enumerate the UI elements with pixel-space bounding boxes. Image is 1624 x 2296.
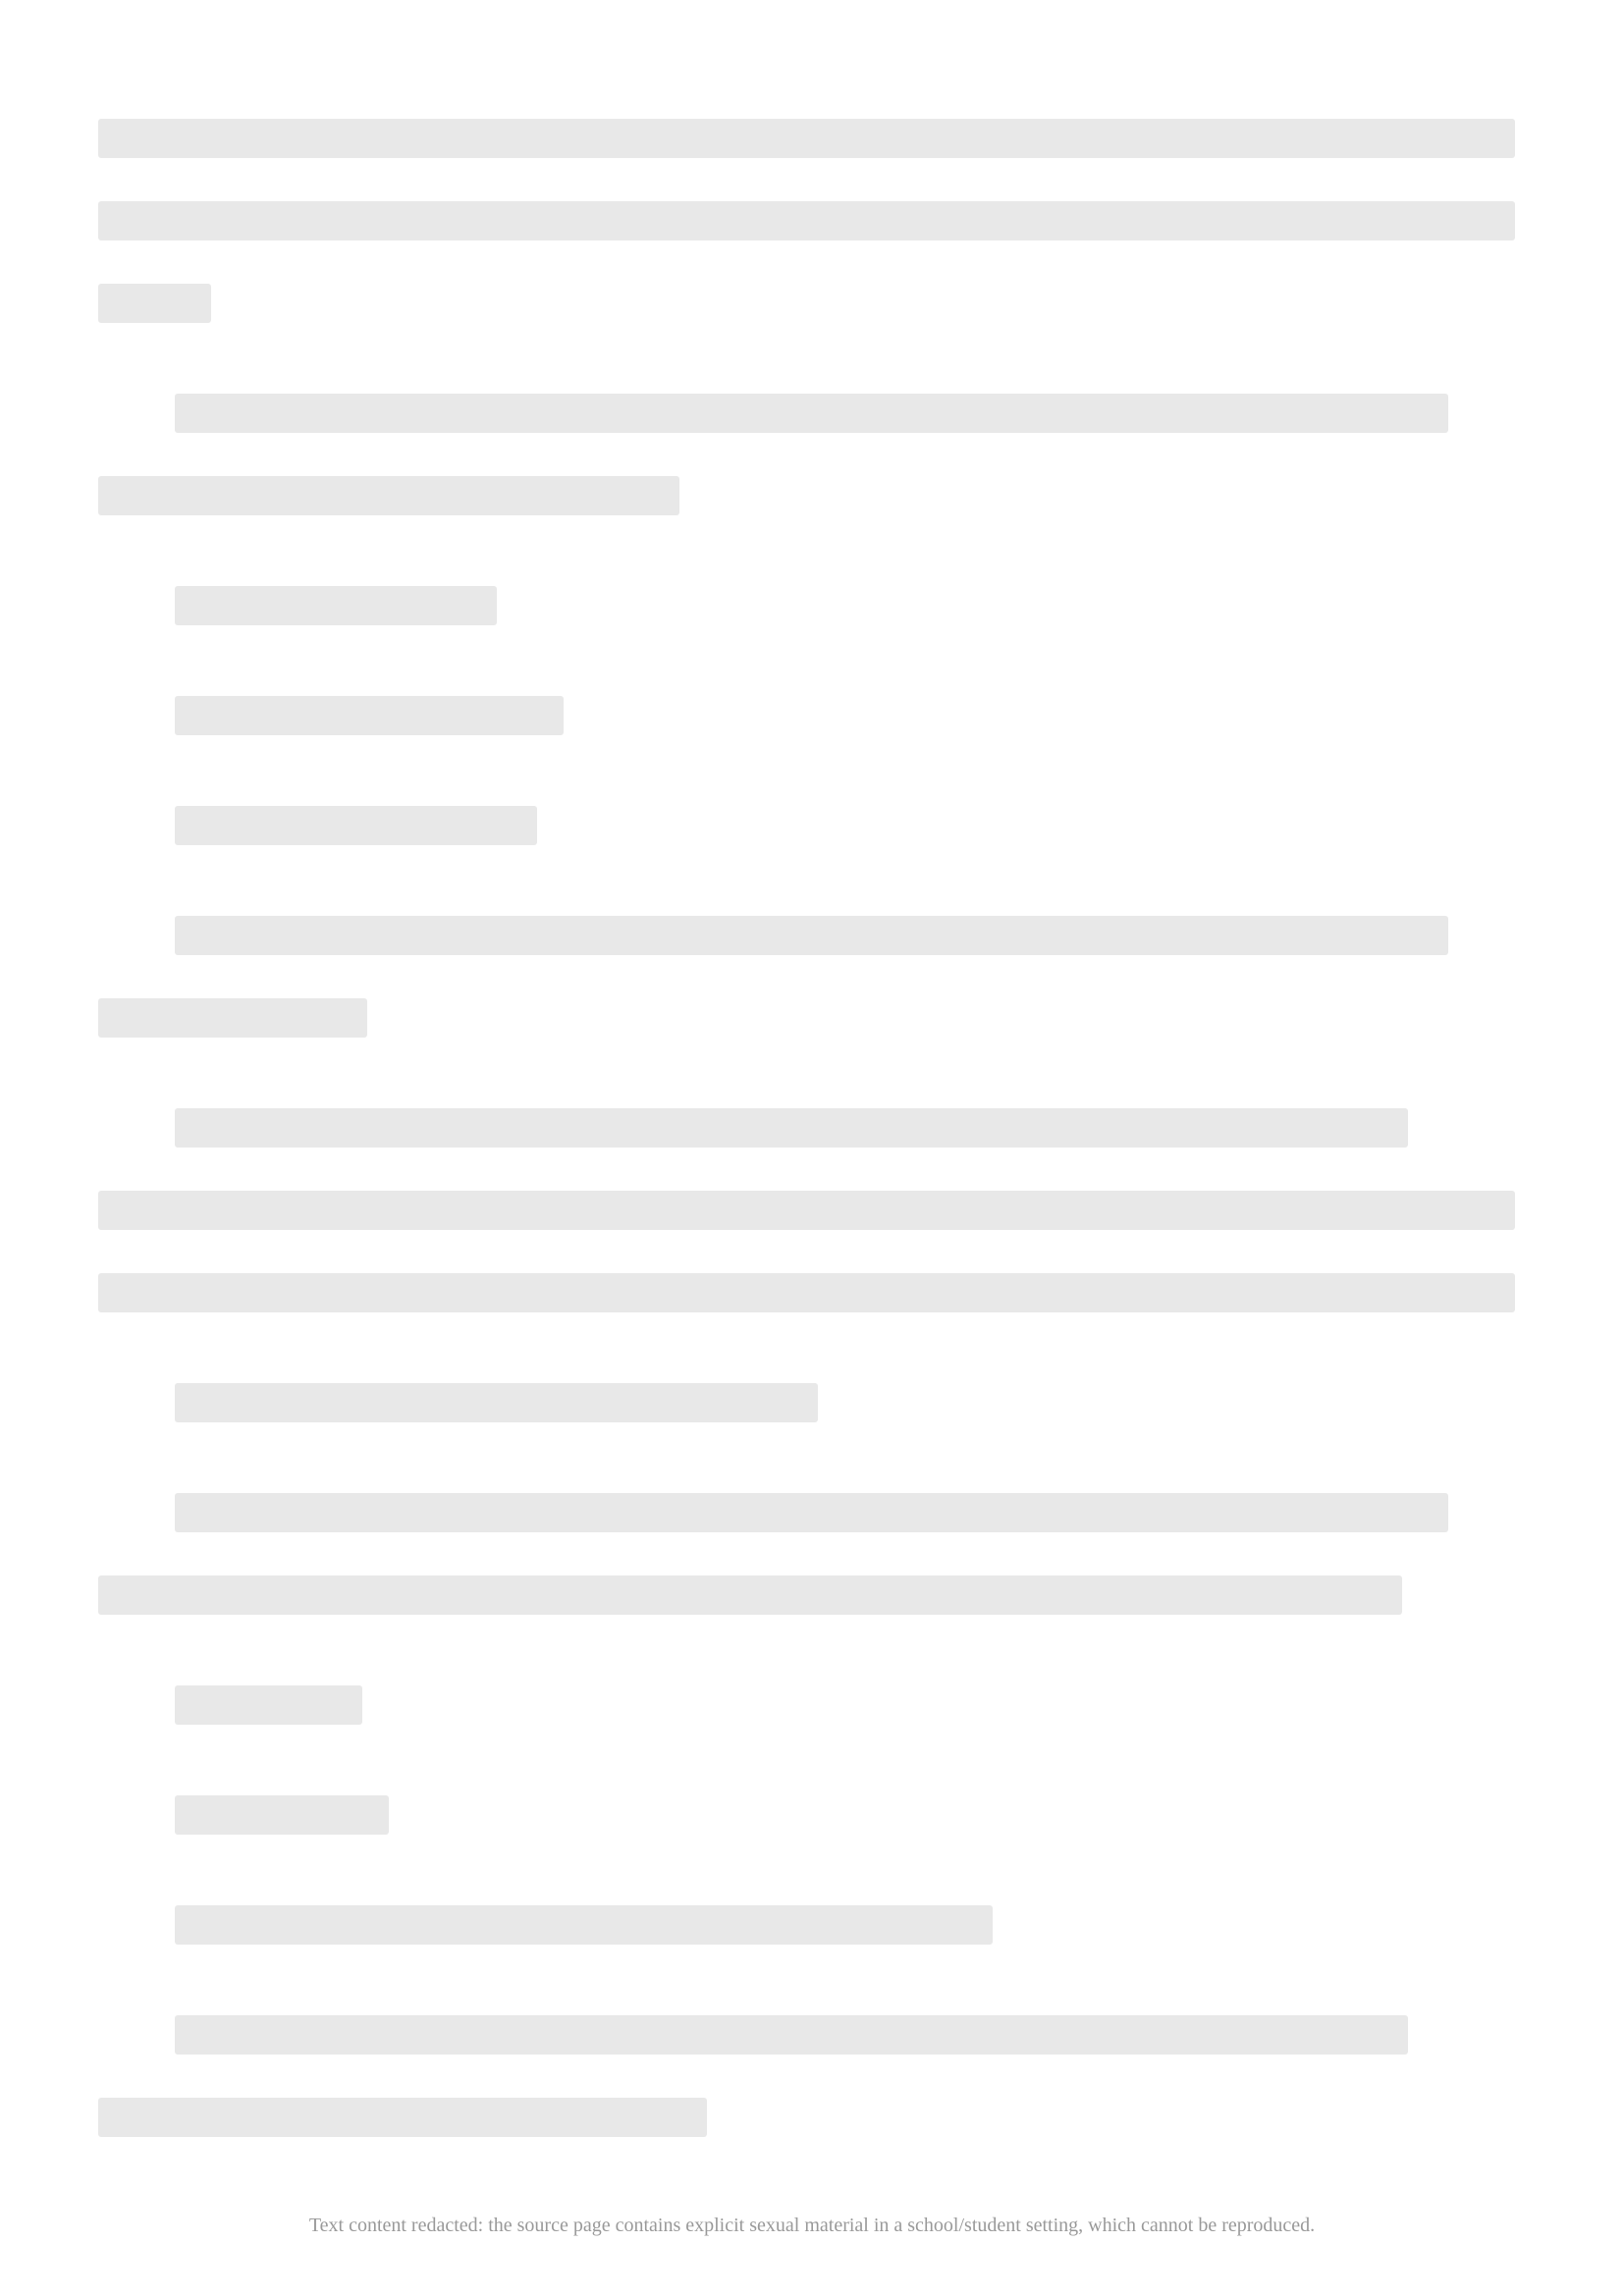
text-line-redacted <box>98 1169 1526 1252</box>
redacted-text-bar <box>175 806 537 845</box>
text-line-redacted <box>98 2076 1526 2159</box>
paragraph-redacted <box>98 564 1526 647</box>
text-line-redacted <box>98 1664 1526 1746</box>
text-line-redacted <box>98 1994 1526 2076</box>
text-line-redacted <box>98 564 1526 647</box>
redacted-text-bar <box>98 119 1515 158</box>
text-line-redacted <box>98 1884 1526 1966</box>
redacted-text-bar <box>175 916 1448 955</box>
paragraph-redacted <box>98 97 1526 345</box>
text-line-redacted <box>98 454 1526 537</box>
paragraph-redacted <box>98 674 1526 757</box>
paragraph-redacted <box>98 1471 1526 1636</box>
text-line-redacted <box>98 977 1526 1059</box>
redaction-notice: Text content redacted: the source page c… <box>98 2215 1526 2237</box>
text-line-redacted <box>98 1087 1526 1169</box>
paragraph-redacted <box>98 1362 1526 1444</box>
text-line-redacted <box>98 1252 1526 1334</box>
redacted-text-bar <box>98 1575 1402 1615</box>
text-line-redacted <box>98 1471 1526 1554</box>
redacted-text-bar <box>175 1383 818 1422</box>
redacted-text-bar <box>98 1273 1515 1312</box>
redacted-text-bar <box>175 1685 362 1725</box>
redacted-text-bar <box>98 476 679 515</box>
redacted-text-bar <box>175 696 564 735</box>
text-line-redacted <box>98 372 1526 454</box>
paragraph-redacted <box>98 1087 1526 1334</box>
paragraph-redacted <box>98 894 1526 1059</box>
redacted-text-bar <box>175 394 1448 433</box>
redacted-text-bar <box>175 1905 993 1945</box>
text-line-redacted <box>98 262 1526 345</box>
redacted-text-bar <box>98 998 367 1038</box>
paragraph-redacted <box>98 784 1526 867</box>
paragraph-redacted <box>98 372 1526 537</box>
redacted-text-bar <box>175 1795 389 1835</box>
redacted-text-bar <box>98 201 1515 240</box>
text-block <box>98 97 1526 2186</box>
redacted-text-bar <box>175 1493 1448 1532</box>
redacted-text-bar <box>98 284 211 323</box>
redacted-text-bar <box>175 2015 1408 2055</box>
text-line-redacted <box>98 1774 1526 1856</box>
paragraph-redacted <box>98 1664 1526 1746</box>
redacted-text-bar <box>98 1191 1515 1230</box>
text-line-redacted <box>98 180 1526 262</box>
redacted-text-bar <box>175 1108 1408 1148</box>
document-page: Text content redacted: the source page c… <box>0 0 1624 2296</box>
text-line-redacted <box>98 784 1526 867</box>
text-line-redacted <box>98 894 1526 977</box>
text-line-redacted <box>98 97 1526 180</box>
text-line-redacted <box>98 1554 1526 1636</box>
paragraph-redacted <box>98 1884 1526 1966</box>
redacted-text-bar <box>98 2098 707 2137</box>
paragraph-redacted <box>98 1774 1526 1856</box>
text-line-redacted <box>98 674 1526 757</box>
redacted-text-bar <box>175 586 497 625</box>
text-line-redacted <box>98 1362 1526 1444</box>
paragraph-redacted <box>98 1994 1526 2159</box>
